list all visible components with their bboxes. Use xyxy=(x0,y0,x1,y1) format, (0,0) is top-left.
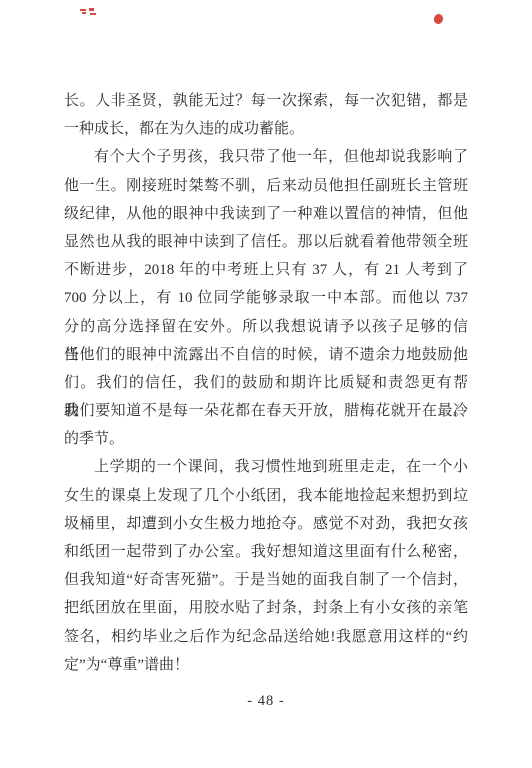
document-page: 长。人非圣贤，孰能无过？每一次探索，每一次犯错，都是一种成长，都在为久违的成功蓄… xyxy=(0,0,532,768)
text-line: 上学期的一个课间，我习惯性地到班里走走，在一个小 xyxy=(64,453,468,481)
text-line: 但我知道“好奇害死猫”。于是当她的面我自制了一个信封， xyxy=(64,566,468,594)
text-line: 一种成长，都在为久违的成功蓄能。 xyxy=(64,115,468,143)
text-line: 圾桶里，却遭到小女生极力地抢夺。感觉不对劲，我把女孩 xyxy=(64,510,468,538)
text-line: 们。我们的信任，我们的鼓励和期许比质疑和责怨更有帮助。 xyxy=(64,369,468,397)
text-line: 有个大个子男孩，我只带了他一年，但他却说我影响了 xyxy=(64,143,468,171)
text-line: 的季节。 xyxy=(64,425,468,453)
text-line: 显然也从我的眼神中读到了信任。那以后就看着他带领全班 xyxy=(64,228,468,256)
text-line: 他一生。刚接班时桀骜不驯，后来动员他担任副班长主管班 xyxy=(64,172,468,200)
page-number: - 48 - xyxy=(0,693,532,710)
text-line: 和纸团一起带到了办公室。我好想知道这里面有什么秘密， xyxy=(64,538,468,566)
text-line: 不断进步，2018 年的中考班上只有 37 人，有 21 人考到了 xyxy=(64,256,468,284)
text-line: 分的高分选择留在安外。所以我想说请予以孩子足够的信任， xyxy=(64,313,468,341)
text-line: 签名，相约毕业之后作为纪念品送给她!我愿意用这样的“约 xyxy=(64,623,468,651)
text-line: 我们要知道不是每一朵花都在春天开放，腊梅花就开在最冷 xyxy=(64,397,468,425)
text-lines: 长。人非圣贤，孰能无过？每一次探索，每一次犯错，都是一种成长，都在为久违的成功蓄… xyxy=(64,87,468,679)
red-stamp-mark-left xyxy=(80,4,98,22)
text-line: 700 分以上，有 10 位同学能够录取一中本部。而他以 737 xyxy=(64,284,468,312)
text-line: 当他们的眼神中流露出不自信的时候，请不遗余力地鼓励他 xyxy=(64,341,468,369)
text-line: 定”为“尊重”谱曲！ xyxy=(64,651,468,679)
text-line: 把纸团放在里面，用胶水贴了封条，封条上有小女孩的亲笔 xyxy=(64,594,468,622)
text-line: 女生的课桌上发现了几个小纸团，我本能地捡起来想扔到垃 xyxy=(64,482,468,510)
text-line: 长。人非圣贤，孰能无过？每一次探索，每一次犯错，都是 xyxy=(64,87,468,115)
red-stamp-mark-right xyxy=(433,12,444,30)
text-line: 级纪律，从他的眼神中我读到了一种难以置信的神情，但他 xyxy=(64,200,468,228)
